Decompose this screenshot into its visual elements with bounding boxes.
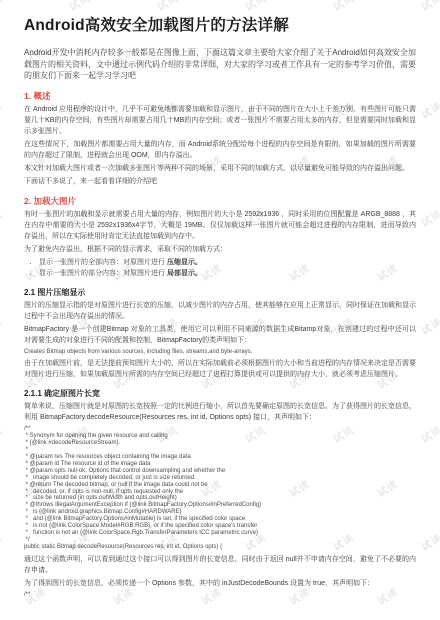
paragraph: 由于在加载图片前，是无法提前预知图片大小的，所以在实际加载前必须根据图片的大小和… <box>24 358 416 380</box>
section-heading-load-large-image: 2. 加载大图片 <box>24 195 416 207</box>
paragraph: 在 Android 应用程序的设计中，几乎不可避免地都需要加载和显示图片，由于不… <box>24 104 416 137</box>
bullet-item: 显示一张图片的全部内容：对原图片进行 压缩显示。 <box>39 257 416 268</box>
subsection-heading-determine-size: 2.1.1 确定原图片长宽 <box>24 388 416 399</box>
paragraph: 通过这个函数声明，可以看到通过这个接口可以得到图片的长宽信息，同时由于返回 nu… <box>24 554 416 576</box>
paragraph: 图片的压缩显示指的是对原图片进行长宽的压缩，以减少图片的内存占用，使其能够在应用… <box>24 300 416 322</box>
page-title: Android高效安全加载图片的方法详解 <box>24 13 416 35</box>
code-block-options-declaration-start: /** <box>24 592 416 599</box>
subsection-heading-compress-display: 2.1 图片压缩显示 <box>24 287 416 298</box>
bullet-text: 显示一张图片的全部内容：对原图片进行 <box>39 259 167 266</box>
code-block-decode-resource: /** * Synonym for opening the given reso… <box>24 426 416 550</box>
paragraph: BitmapFactory 是一个创建Bitmap 对象的工具类，使用它可以利用… <box>24 324 416 346</box>
article: Android高效安全加载图片的方法详解 Android开发中消耗内存较多一般都… <box>0 0 440 599</box>
article-intro: Android开发中消耗内存较多一般都是在图像上面，下面这篇文章主要给大家介绍了… <box>24 47 416 82</box>
paragraph: 为了避免内存溢出，根据不同的显示需求，采取不同的加载方式： <box>24 244 416 255</box>
paragraph: 在这些情况下，加载图片都需要占用大量的内存，而 Android系统分配给每个进程… <box>24 139 416 161</box>
bullet-text: 显示一张图片的部分内容：对原图片进行 <box>39 270 167 277</box>
section-heading-overview: 1. 概述 <box>24 90 416 102</box>
paragraph: 为了得到图片的长宽信息，必须传递一个 Options 参数，其中的 inJust… <box>24 578 416 589</box>
paragraph: 下面话不多说了，来一起看看详细的介绍吧 <box>24 176 416 187</box>
bullet-list: 显示一张图片的全部内容：对原图片进行 压缩显示。 显示一张图片的部分内容：对原图… <box>24 257 416 279</box>
bullet-term: 压缩显示。 <box>167 259 202 266</box>
paragraph: 简单来说，压缩图片就是对原图的长宽按照一定的比例进行缩小，所以首先要确定原图的长… <box>24 401 416 423</box>
paragraph: 有时一张图片的加载和显示就需要占用大量的内存，例如图片的大小是 2592x193… <box>24 209 416 242</box>
bullet-item: 显示一张图片的部分内容：对原图片进行 局部显示。 <box>39 268 416 279</box>
code-snippet-bitmapfactory-doc: Creates Bitmap objects from various sour… <box>24 349 416 356</box>
paragraph: 本文针对加载大图片或者一次加载多张图片等两种不同的场景，采用不同的加载方式，以尽… <box>24 163 416 174</box>
bullet-term: 局部显示。 <box>167 270 202 277</box>
